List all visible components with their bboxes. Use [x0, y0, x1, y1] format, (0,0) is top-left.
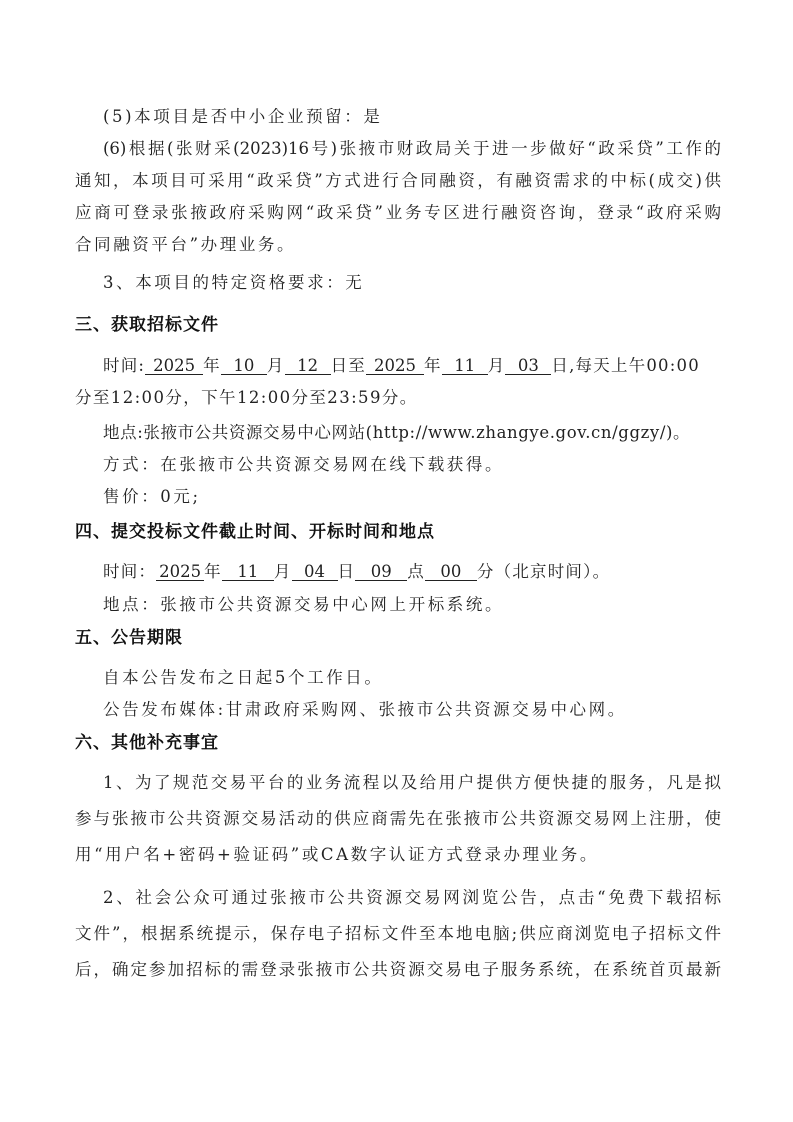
- month-unit: 月: [267, 356, 285, 375]
- deadline-year-unit: 年: [204, 562, 222, 581]
- end-day-field: 03: [505, 357, 551, 375]
- daily-start-text: ,每天上午00:00: [569, 356, 700, 375]
- document-page: (5)本项目是否中小企业预留：是 (6)根据(张财采(2023)16号)张掖市财…: [0, 0, 793, 1122]
- year-unit: 年: [203, 356, 221, 375]
- beijing-time-note: （北京时间）。: [495, 562, 611, 581]
- end-month-field: 11: [442, 357, 488, 375]
- item-6-line-4: 合同融资平台”办理业务。: [75, 234, 721, 256]
- deadline-day-field: 04: [292, 563, 338, 581]
- section-6-item-2-line-3: 后，确定参加招标的需登录张掖市公共资源交易电子服务系统，在系统首页最新: [75, 959, 721, 981]
- section-3-time-line-2: 分至12:00分，下午12:00分至23:59分。: [75, 387, 721, 409]
- deadline-time-label: 时间：: [103, 562, 156, 581]
- item-6-line-1: (6)根据(张财采(2023)16号)张掖市财政局关于进一步做好“政采贷”工作的: [103, 138, 721, 160]
- section-3-method: 方式：在张掖市公共资源交易网在线下载获得。: [103, 454, 721, 476]
- section-4-location: 地点：张掖市公共资源交易中心网上开标系统。: [103, 594, 721, 616]
- start-year-field: 2025: [145, 357, 203, 375]
- section-3-time-line: 时间:2025年10月12日至2025年11月03日,每天上午00:00: [103, 355, 721, 377]
- day-unit: 日: [551, 356, 569, 375]
- end-year-field: 2025: [366, 357, 424, 375]
- section-6-item-2-line-1: 2、社会公众可通过张掖市公共资源交易网浏览公告，点击“免费下载招标: [103, 887, 721, 909]
- section-5-period: 自本公告发布之日起5个工作日。: [103, 667, 721, 689]
- section-4-heading: 四、提交投标文件截止时间、开标时间和地点: [75, 521, 435, 543]
- section-5-media: 公告发布媒体:甘肃政府采购网、张掖市公共资源交易中心网。: [103, 699, 721, 721]
- deadline-year-field: 2025: [156, 563, 204, 581]
- section-3-heading: 三、获取招标文件: [75, 314, 219, 336]
- item-3-specific-qualifications: 3、本项目的特定资格要求：无: [103, 272, 721, 294]
- deadline-day-unit: 日: [338, 562, 356, 581]
- section-6-heading: 六、其他补充事宜: [75, 732, 219, 754]
- year-unit-2: 年: [424, 356, 442, 375]
- section-6-item-1-line-3: 用“用户名+密码+验证码”或CA数字认证方式登录办理业务。: [75, 844, 721, 866]
- section-5-heading: 五、公告期限: [75, 627, 183, 649]
- deadline-month-unit: 月: [274, 562, 292, 581]
- section-6-item-1-line-2: 参与张掖市公共资源交易活动的供应商需先在张掖市公共资源交易网上注册，使: [75, 808, 721, 830]
- item-5-sme-reserved: (5)本项目是否中小企业预留：是: [103, 106, 721, 128]
- start-day-field: 12: [285, 357, 331, 375]
- month-unit-2: 月: [488, 356, 506, 375]
- section-6-item-2-line-2: 文件”，根据系统提示，保存电子招标文件至本地电脑;供应商浏览电子招标文件: [75, 923, 721, 945]
- deadline-hour-unit: 点: [407, 562, 425, 581]
- deadline-minute-field: 00: [425, 563, 477, 581]
- item-6-line-3: 应商可登录张掖政府采购网“政采贷”业务专区进行融资咨询，登录“政府采购: [75, 202, 721, 224]
- day-to-label: 日至: [331, 356, 366, 375]
- start-month-field: 10: [221, 357, 267, 375]
- section-3-price: 售价：0元;: [103, 486, 721, 508]
- section-3-location: 地点:张掖市公共资源交易中心网站(http://www.zhangye.gov.…: [103, 422, 721, 444]
- item-6-line-2: 通知，本项目可采用“政采贷”方式进行合同融资，有融资需求的中标(成交)供: [75, 170, 721, 192]
- time-label: 时间:: [103, 356, 145, 375]
- section-4-time-line: 时间：2025年11月04日09点00分（北京时间）。: [103, 561, 721, 583]
- deadline-hour-field: 09: [355, 563, 407, 581]
- deadline-month-field: 11: [222, 563, 274, 581]
- deadline-minute-unit: 分: [477, 562, 495, 581]
- section-6-item-1-line-1: 1、为了规范交易平台的业务流程以及给用户提供方便快捷的服务，凡是拟: [103, 772, 721, 794]
